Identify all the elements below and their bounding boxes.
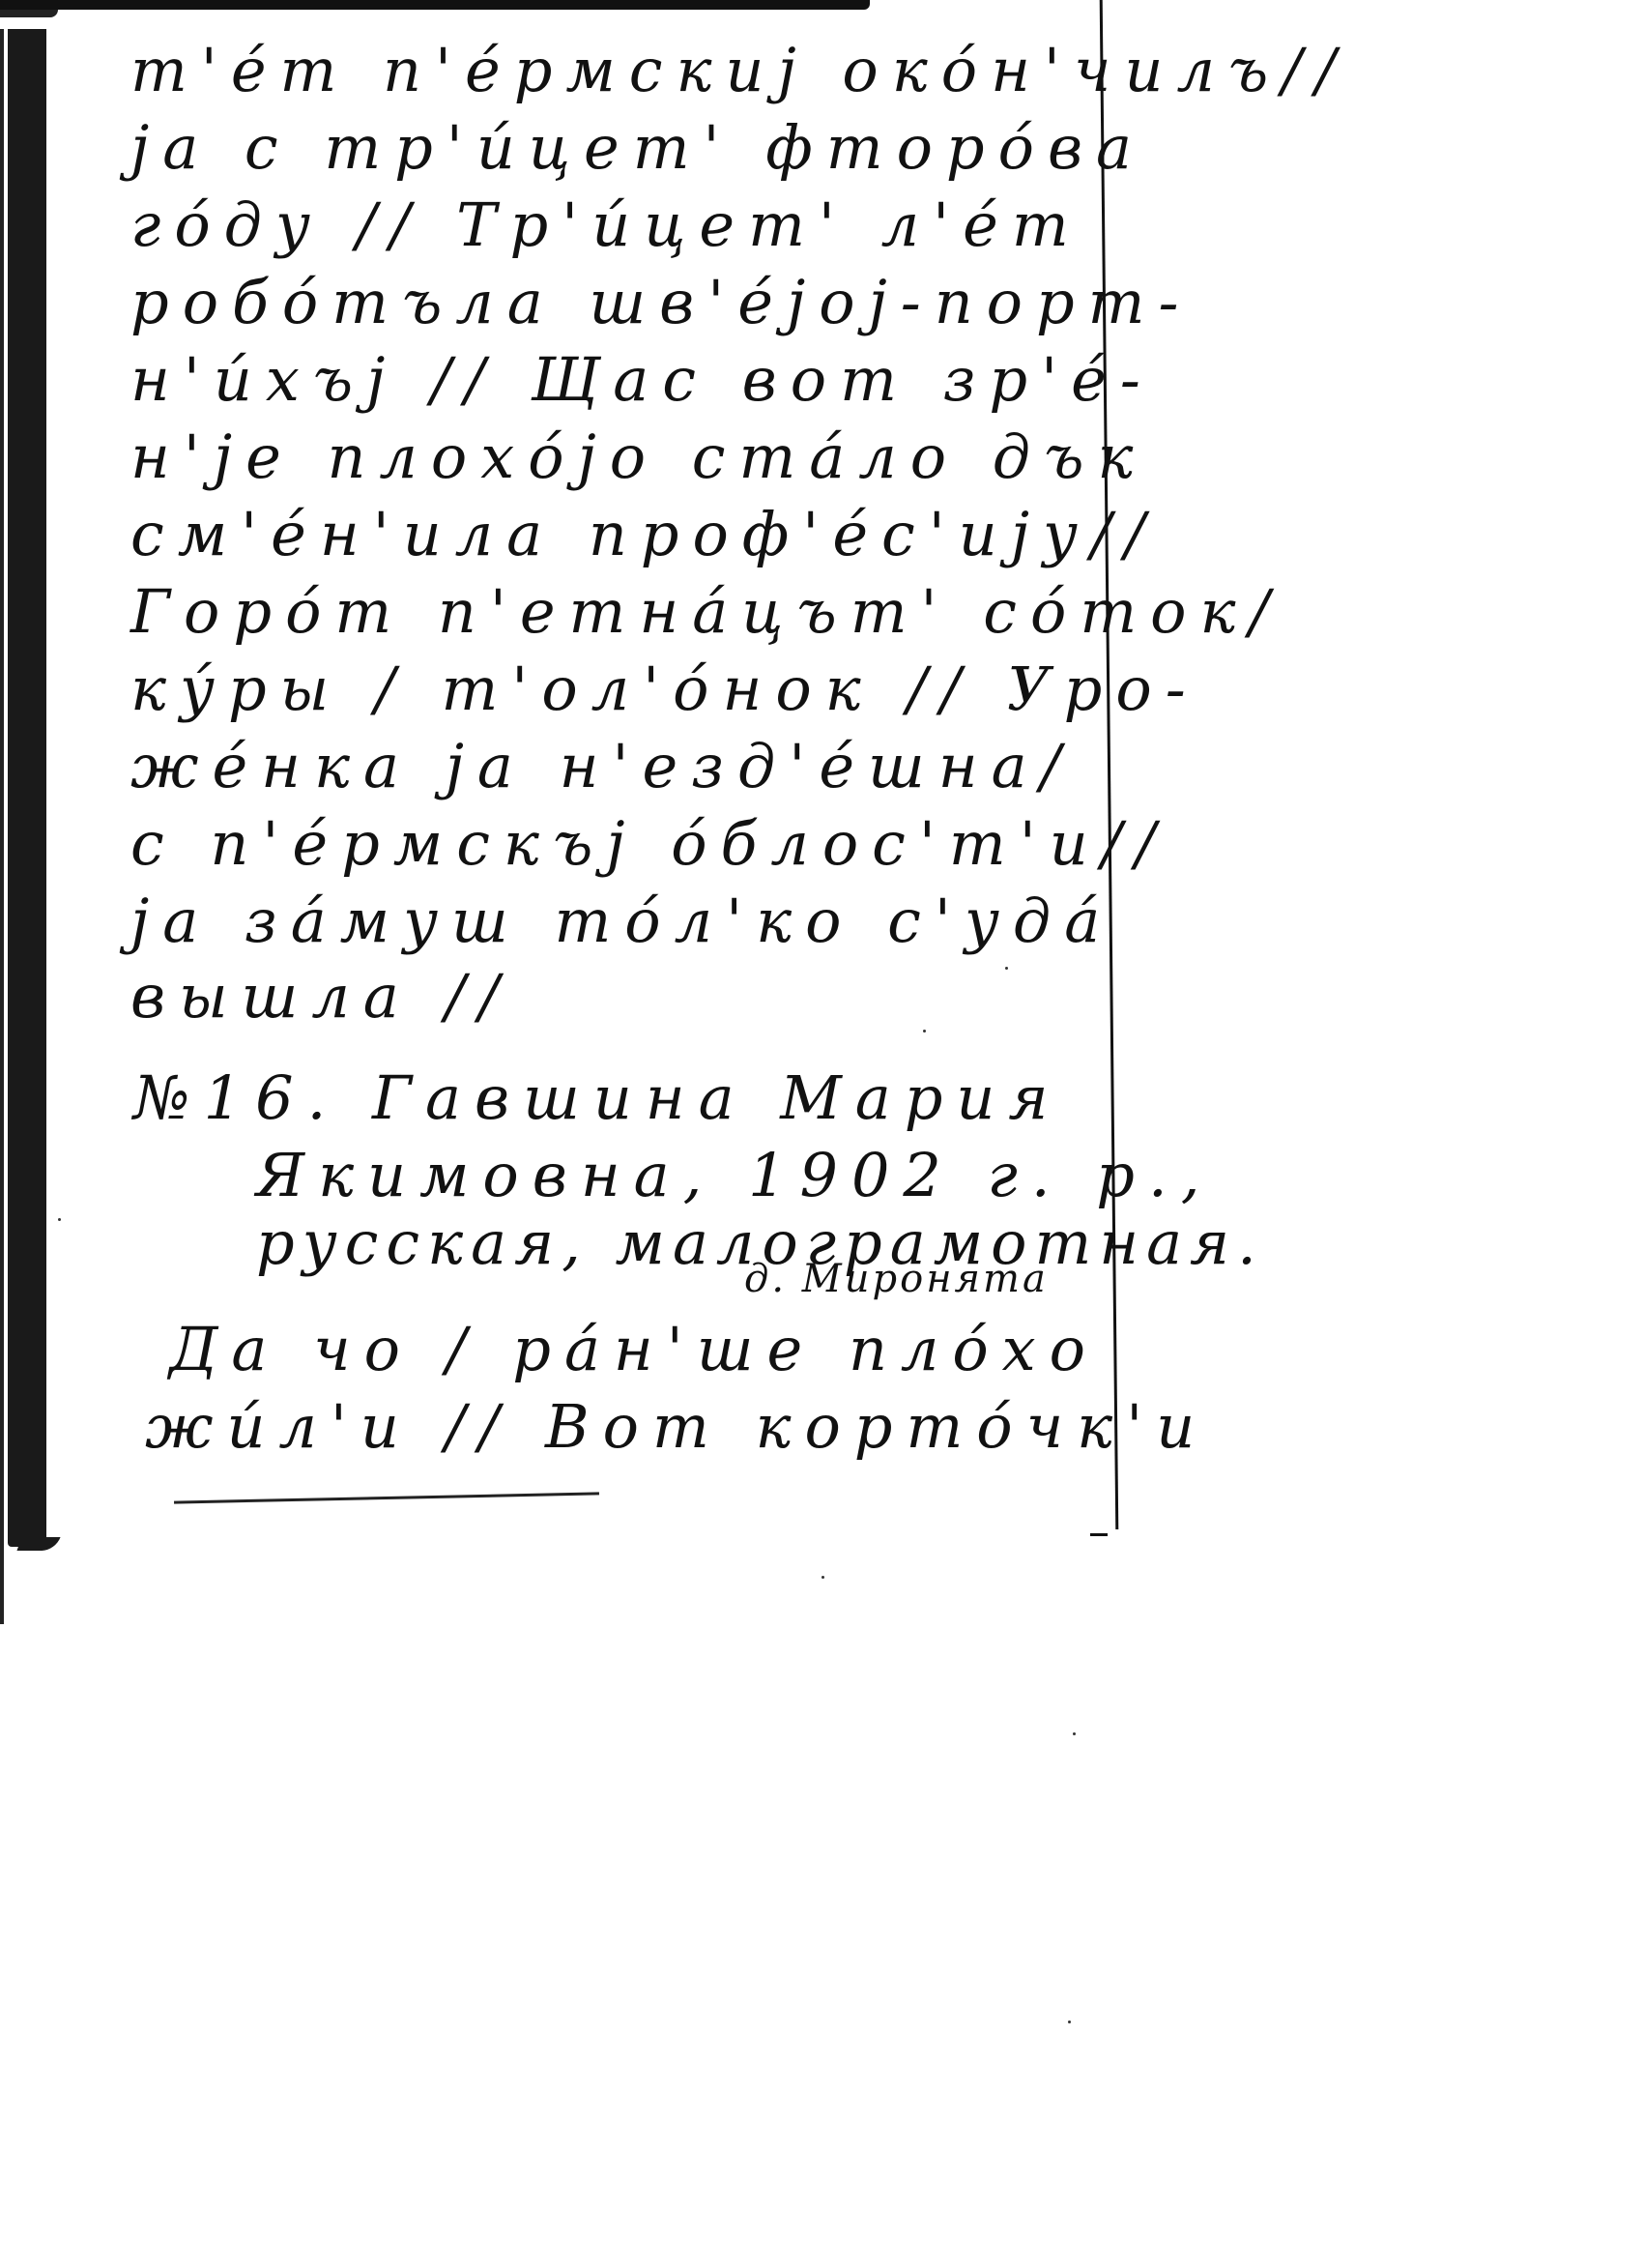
text-line-10: же́нка ја н'езд'е́шна/ [130,737,1074,797]
notebook-binding-foot [16,1537,60,1551]
manuscript-page: т'е́т п'е́рмскиј око́н'чилъ// ја с тр'и́… [0,0,1643,2268]
page-left-edge [0,29,4,1624]
pencil-underline [174,1492,599,1503]
right-margin-line [1100,0,1119,1529]
informant-name-line-2: Якимовна, 1902 г. р., [256,1146,1213,1206]
speech-line-1: Да чо / ра́н'ше пло́хо [169,1320,1099,1380]
ink-speck [1005,967,1008,970]
informant-name-line-1: Гавшина Мария [372,1062,1061,1133]
text-line-9: ку́ры / т'ол'о́нок // Уро- [130,659,1199,719]
text-line-3: го́ду // Тр'и́цет' л'е́т [130,195,1082,255]
scan-top-edge [0,0,870,10]
margin-tick-mark [1090,1533,1108,1536]
text-line-4: робо́тъла шв'е́јој-порт- [130,273,1192,333]
speech-line-2: жи́л'и // Вот корто́чк'и [145,1397,1208,1457]
ink-speck [923,1030,926,1032]
notebook-binding [8,29,46,1547]
ink-speck [1068,2021,1071,2023]
entry-header: №16. Гавшина Мария [133,1068,1061,1128]
text-line-5: н'и́хъј // Щас вот зр'е́- [130,350,1154,410]
entry-number: №16. [133,1062,339,1133]
text-line-2: ја с тр'и́цет' фторо́ва [130,118,1145,178]
text-line-8: Горо́т п'етна́цът' со́ток/ [130,582,1283,642]
text-line-13: вышла // [130,967,512,1027]
text-line-11: с п'е́рмскъј о́блос'т'и// [130,814,1168,874]
ink-speck [58,1218,61,1221]
scan-corner-shadow [0,10,58,17]
text-line-6: н'је плохо́јо ста́ло дък [130,427,1146,487]
ink-speck [1073,1732,1076,1735]
village-annotation: д. Миронята [744,1257,1049,1301]
ink-speck [821,1576,824,1579]
text-line-7: см'е́н'ила проф'е́с'ију// [130,505,1159,565]
text-line-1: т'е́т п'е́рмскиј око́н'чилъ// [130,41,1349,101]
text-line-12: ја за́муш то́л'ко с'уда́ [130,891,1113,951]
